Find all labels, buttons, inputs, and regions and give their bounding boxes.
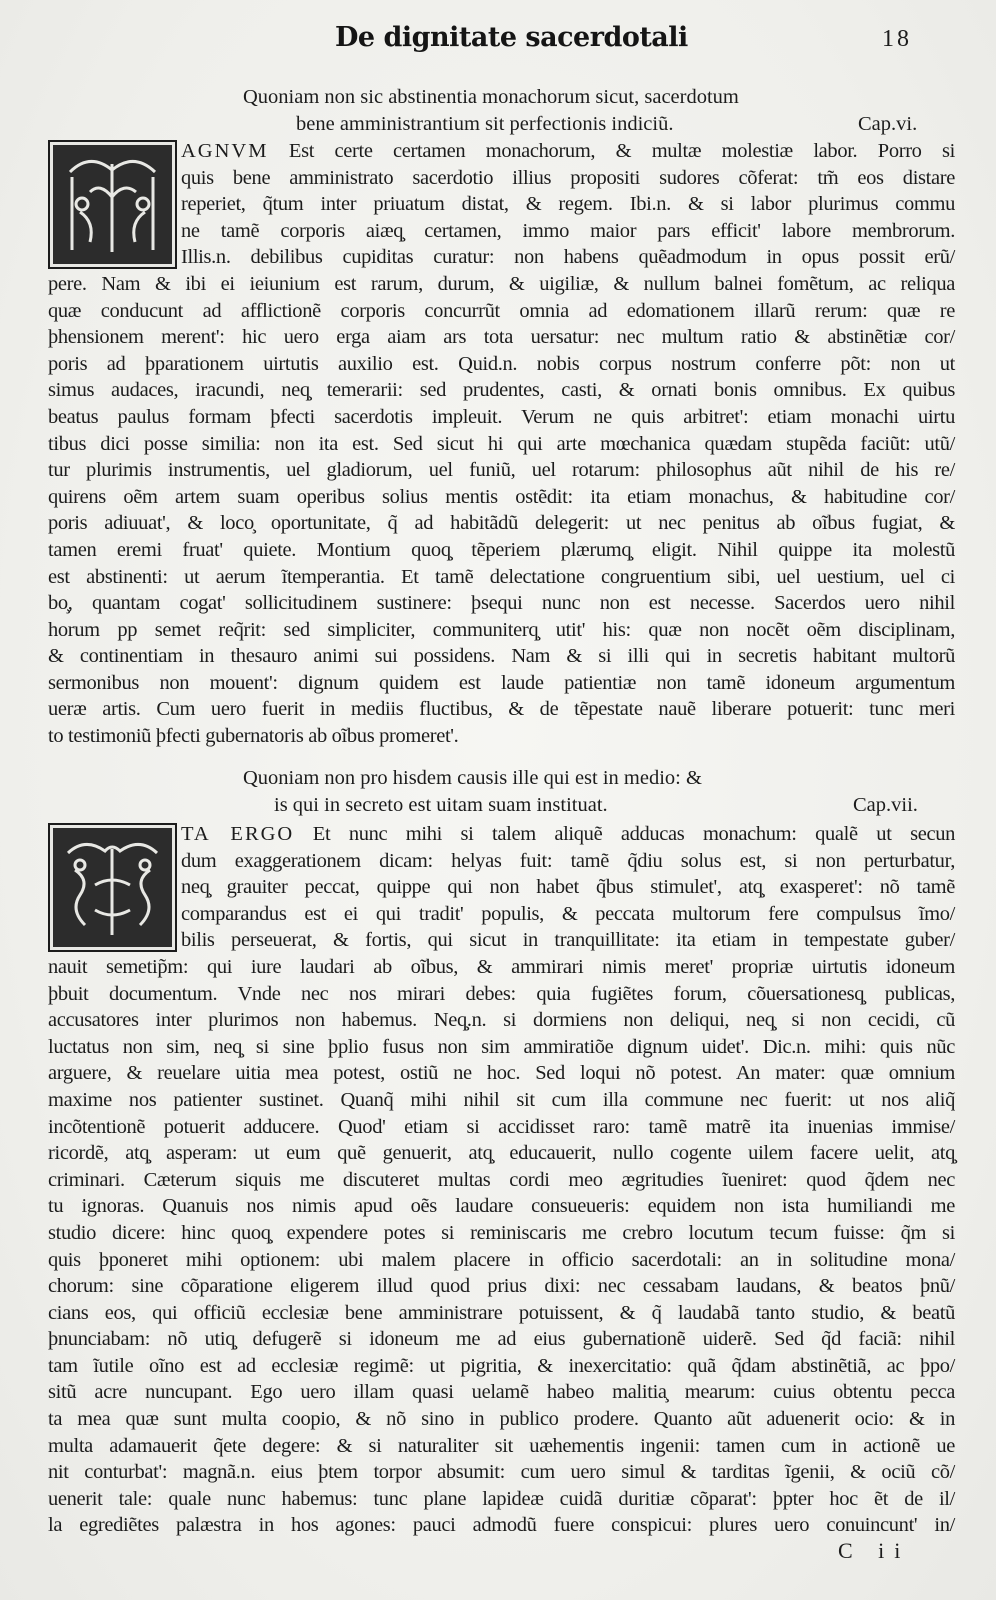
- folio-number: 18: [882, 26, 912, 53]
- text-line: reperiet, q̃tum inter priuatum distat, &…: [48, 191, 955, 218]
- chapter-7-body: TA ERGO Et nunc mihi si talem aliquẽ ad…: [48, 821, 955, 1539]
- text-line: criminari. Cæterum siquis me discuteret …: [48, 1167, 955, 1194]
- text-line: incõtentionẽ potuerit adducere. Quod' …: [48, 1114, 955, 1141]
- text-line: cians eos, qui officiũ ecclesiæ bene am…: [48, 1300, 955, 1327]
- running-head: De dignitate sacerdotali 18: [0, 18, 996, 58]
- text-line: pere. Nam & ibi ei ieiunium est rarum, d…: [48, 271, 955, 298]
- text-line: to testimoniũ þfecti gubernatoris ab oi…: [48, 723, 955, 750]
- text-line: horum pp semet req̃rit: sed simpliciter,…: [48, 617, 955, 644]
- text-line: neq̧ grauiter peccat, quippe qui non hab…: [48, 874, 955, 901]
- text-line: chorum: sine cõparatione eligerem illud…: [48, 1273, 955, 1300]
- chapter-7-heading-line-1: Quoniam non pro hisdem causis ille qui e…: [243, 765, 702, 791]
- text-line: & continentiam in thesauro animi sui pos…: [48, 643, 955, 670]
- text-line: la egrediẽtes palæstra in hos agones: p…: [48, 1512, 955, 1539]
- text-line: þbuit documentum. Vnde nec nos mirari de…: [48, 981, 955, 1008]
- text-line: comparandus est ei qui tradit' populis, …: [48, 901, 955, 928]
- text-line: tur plurimis instrumentis, uel gladiorum…: [48, 457, 955, 484]
- text-line: þnunciabam: nõ utiq̧ defugerẽ si idone…: [48, 1326, 955, 1353]
- text-line: þhensionem merent': hic uero erga aiam a…: [48, 324, 955, 351]
- text-line: TA ERGO Et nunc mihi si talem aliquẽ ad…: [48, 821, 955, 848]
- text-line: ne tamẽ corporis aiæq̧ certamen, immo m…: [48, 218, 955, 245]
- text-line: poris adiuuat', & loco̧ oportunitate, q̃…: [48, 510, 955, 537]
- text-line: simus audaces, iracundi, neq̧ temerarii:…: [48, 377, 955, 404]
- text-line: tam ĩutile oĩno est ad ecclesiæ regime…: [48, 1353, 955, 1380]
- text-line: quis bene amministrato sacerdotio illius…: [48, 165, 955, 192]
- text-line: accusatores inter plurimos non habemus. …: [48, 1007, 955, 1034]
- chapter-7-heading-line-2: is qui in secreto est uitam suam institu…: [274, 792, 608, 818]
- text-line: beatus paulus formam þfecti sacerdotis i…: [48, 404, 955, 431]
- text-line: ricordẽ, atq̧ asperam: ut eum quẽ genu…: [48, 1140, 955, 1167]
- chapter-6-number: Cap.vi.: [858, 111, 917, 137]
- text-line: luctatus non sim, neq̧ si sine þplio fus…: [48, 1034, 955, 1061]
- text-line: tibus dici posse similia: non ita est. S…: [48, 431, 955, 458]
- text-line: est abstinenti: ut aerum ĩtemperantia. …: [48, 564, 955, 591]
- text-line: sitũ acre nuncupant. Ego uero illam qua…: [48, 1379, 955, 1406]
- text-line: tamen eremi fruat' quiete. Montium quoq̧…: [48, 537, 955, 564]
- signature-mark: C ii: [838, 1538, 910, 1564]
- chapter-6-heading-line-1: Quoniam non sic abstinentia monachorum s…: [243, 84, 739, 110]
- text-line: studio dicere: hinc quoq̧ expendere pote…: [48, 1220, 955, 1247]
- text-line: ueræ artis. Cum uero fuerit in mediis fl…: [48, 696, 955, 723]
- chapter-6-body: AGNVM Est certe certamen monachorum, & m…: [48, 138, 955, 750]
- text-line: bo̧, quantam cogat' sollicitudinem susti…: [48, 590, 955, 617]
- text-line: nit conturbat': magnã.n. eius þtem torp…: [48, 1459, 955, 1486]
- text-line: bilis perseuerat, & fortis, qui sicut in…: [48, 927, 955, 954]
- text-line: quirens oẽm artem suam operibus solius …: [48, 484, 955, 511]
- book-page: De dignitate sacerdotali 18 Quoniam non …: [0, 0, 996, 1600]
- text-line: quæ conducunt ad afflictionẽ corporis c…: [48, 298, 955, 325]
- text-line: AGNVM Est certe certamen monachorum, & m…: [48, 138, 955, 165]
- text-line: multa adamauerit q̃ete degere: & si natu…: [48, 1433, 955, 1460]
- chapter-7-number: Cap.vii.: [853, 792, 918, 818]
- text-line: sermonibus non mouent': dignum quidem es…: [48, 670, 955, 697]
- text-line: ta mea quæ sunt multa coopio, & nõ sino…: [48, 1406, 955, 1433]
- text-line: maxime nos patienter sustinet. Quanq̃ mi…: [48, 1087, 955, 1114]
- running-title: De dignitate sacerdotali: [335, 22, 688, 53]
- text-line: poris ad þparationem uirtutis auxilio es…: [48, 351, 955, 378]
- text-line: dum exaggerationem dicam: helyas fuit: t…: [48, 848, 955, 875]
- text-line: tu ignoras. Quanuis nos nimis apud oẽs …: [48, 1193, 955, 1220]
- text-line: nauit semetip̃m: qui iure laudari ab oĩ…: [48, 954, 955, 981]
- text-line: quis þponeret mihi optionem: ubi malem p…: [48, 1247, 955, 1274]
- opening-word: TA ERGO: [181, 823, 294, 845]
- opening-word: AGNVM: [181, 140, 268, 162]
- text-line: arguere, & reuelare uitia mea potest, os…: [48, 1060, 955, 1087]
- chapter-6-heading-line-2: bene amministrantium sit perfectionis in…: [296, 111, 673, 137]
- text-line: uenerit tale: quale nunc habemus: tunc p…: [48, 1486, 955, 1513]
- text-line: Illis.n. debilibus cupiditas curatur: no…: [48, 244, 955, 271]
